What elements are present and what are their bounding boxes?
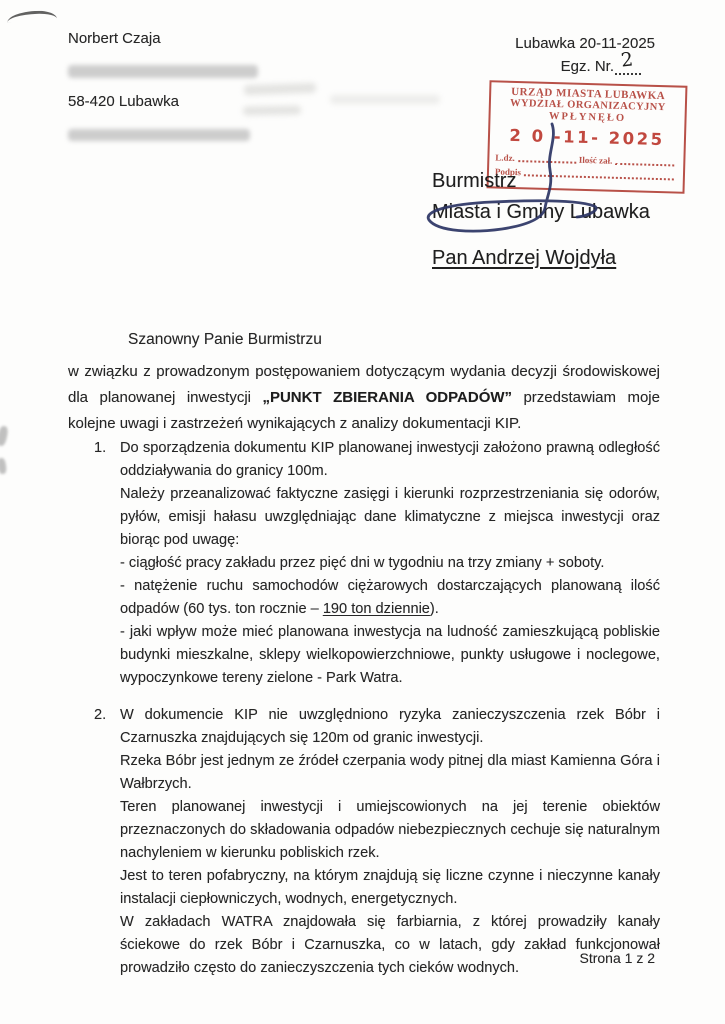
- item2-para1: W dokumencie KIP nie uwzględniono ryzyka…: [120, 704, 660, 750]
- list-item-1: 1. Do sporządzenia dokumentu KIP planowa…: [94, 437, 660, 690]
- item-number: 1.: [94, 437, 120, 460]
- salutation: Szanowny Panie Burmistrzu: [128, 331, 322, 349]
- sender-city: 58-420 Lubawka: [68, 93, 258, 113]
- addressee-person: Pan Andrzej Wojdyła: [432, 243, 650, 274]
- item1-bullet2-tail: ).: [430, 601, 439, 617]
- item1-bullet2-underlined: 190 ton dziennie: [323, 601, 430, 617]
- page-number: Strona 1 z 2: [580, 950, 656, 966]
- item-body: W dokumencie KIP nie uwzględniono ryzyka…: [120, 704, 660, 980]
- item-body: Do sporządzenia dokumentu KIP planowanej…: [120, 437, 660, 690]
- dotted-line: [518, 155, 576, 164]
- ghost-text-smudge: [243, 105, 301, 115]
- addressee-title: Burmistrz: [432, 166, 650, 197]
- intro-paragraph: w związku z prowadzonym postępowaniem do…: [68, 359, 660, 437]
- list-item-2: 2. W dokumencie KIP nie uwzględniono ryz…: [94, 704, 660, 980]
- stamp-attachments-label: Ilość zał.: [579, 155, 613, 166]
- dateline: Lubawka 20-11-2025: [515, 35, 655, 52]
- ghost-text-smudge: [244, 83, 316, 96]
- addressee-org: Miasta i Gminy Lubawka: [432, 197, 650, 228]
- copy-number-label: Egz. Nr.: [561, 58, 614, 75]
- stamp-ref-label: L.dz.: [495, 152, 515, 163]
- item1-para1: Do sporządzenia dokumentu KIP planowanej…: [120, 437, 660, 483]
- item-number: 2.: [94, 704, 120, 727]
- scanned-letter-page: Norbert Czaja 58-420 Lubawka Lubawka 20-…: [0, 0, 725, 1024]
- copy-number-dotted-line: 2: [615, 59, 641, 75]
- numbered-list: 1. Do sporządzenia dokumentu KIP planowa…: [94, 437, 660, 980]
- ghost-text-smudge: [330, 95, 440, 104]
- handwritten-copy-number: 2: [620, 48, 634, 71]
- item2-para5: W zakładach WATRA znajdowała się farbiar…: [120, 911, 660, 980]
- item1-bullet1: - ciągłość pracy zakładu przez pięć dni …: [120, 552, 660, 575]
- sender-name: Norbert Czaja: [68, 30, 258, 50]
- redacted-street-line: [68, 65, 258, 78]
- item1-bullet2: - natężenie ruchu samochodów ciężarowych…: [120, 575, 660, 621]
- margin-ink-mark: [0, 458, 7, 475]
- pen-scribble-mark: [7, 10, 57, 23]
- sender-block: Norbert Czaja 58-420 Lubawka: [68, 30, 258, 141]
- item1-para2: Należy przeanalizować faktyczne zasięgi …: [120, 483, 660, 552]
- item2-para4: Jest to teren pofabryczny, na którym zna…: [120, 865, 660, 911]
- copy-number: Egz. Nr.2: [561, 58, 641, 75]
- item2-para3: Teren planowanej inwestycji i umiejscowi…: [120, 796, 660, 865]
- margin-ink-mark: [0, 425, 9, 446]
- redacted-email-line: [68, 129, 250, 141]
- item2-para2: Rzeka Bóbr jest jednym ze źródeł czerpan…: [120, 750, 660, 796]
- addressee-block: Burmistrz Miasta i Gminy Lubawka Pan And…: [432, 166, 650, 274]
- intro-text-bold: „PUNKT ZBIERANIA ODPADÓW”: [262, 389, 512, 406]
- item1-bullet3: - jaki wpływ może mieć planowana inwesty…: [120, 621, 660, 690]
- stamp-date: 2 0 -11- 2025: [496, 125, 678, 150]
